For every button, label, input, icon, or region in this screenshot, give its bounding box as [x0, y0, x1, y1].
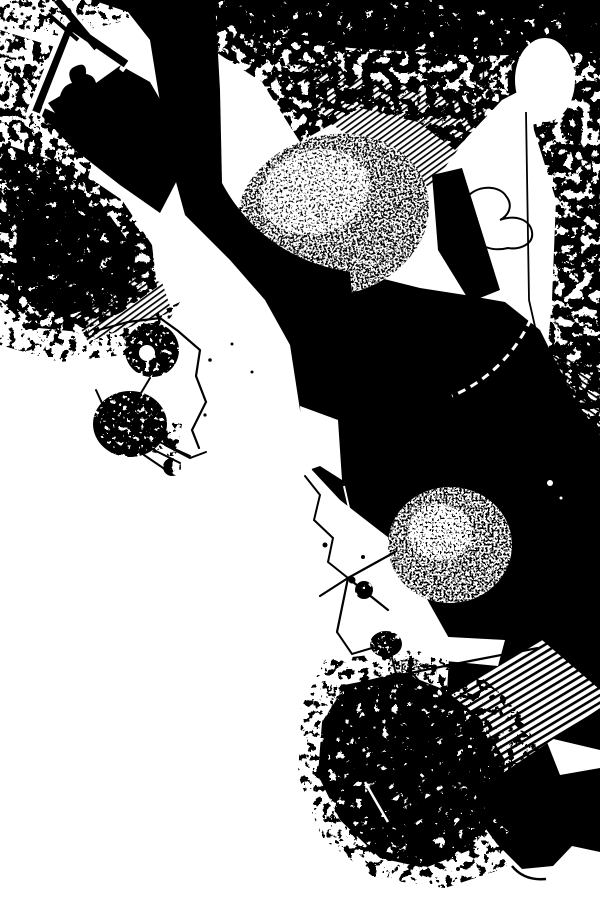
lower-baffle-core-stipple — [408, 504, 472, 560]
seed-head-ring-hole — [139, 345, 155, 361]
lit-speck — [547, 480, 553, 486]
speck-dot — [46, 16, 49, 19]
speck-dot — [32, 6, 36, 10]
twig-node-dot — [361, 555, 365, 559]
speck-dot — [21, 13, 24, 16]
canopy-light-pocket — [515, 38, 575, 122]
speck-dot — [456, 867, 460, 871]
twig-speck — [208, 358, 212, 362]
twig-speck — [251, 371, 254, 374]
speck-dot — [481, 867, 486, 872]
speck-dot — [518, 859, 522, 863]
speck-dot — [5, 27, 8, 30]
speck-dot — [13, 43, 16, 46]
twig-node-dot — [349, 577, 356, 584]
twig-node-dot — [323, 543, 328, 548]
birdhouse-scene-photo — [0, 0, 600, 899]
seed-head-large — [93, 391, 167, 457]
speck-dot — [429, 875, 432, 878]
photo-stage — [0, 0, 600, 899]
twig-speck — [203, 413, 206, 416]
lit-speck-small — [560, 497, 563, 500]
speck-dot — [6, 4, 10, 8]
lower-baffle-highlight — [388, 487, 512, 603]
stalk-tuft-trail — [395, 658, 423, 678]
stalk-tuft-a — [370, 631, 402, 657]
speck-dot — [406, 850, 410, 854]
twig-speck — [231, 343, 234, 346]
stalk-tuft-b — [355, 581, 373, 599]
speck-dot — [430, 859, 435, 864]
